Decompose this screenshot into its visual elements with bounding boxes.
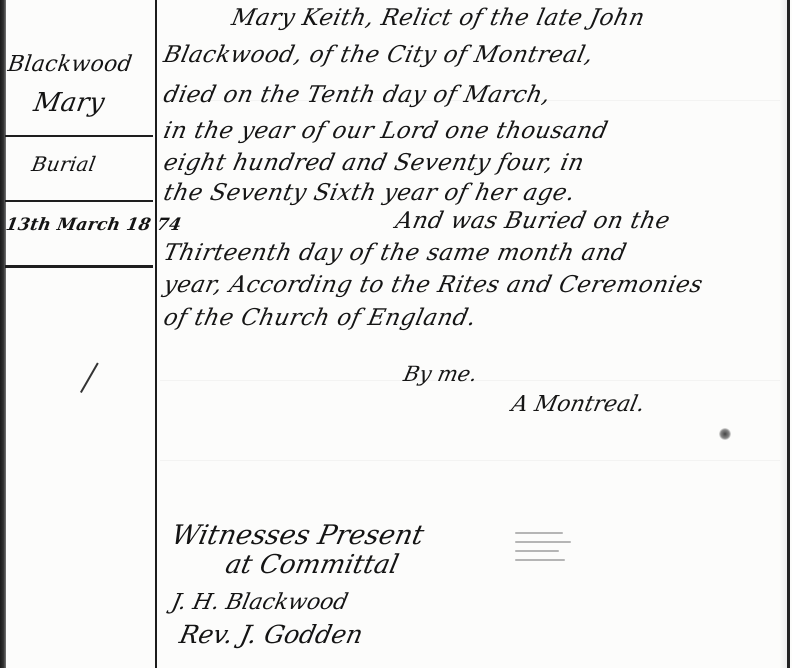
margin-date: 13th March 18 74 bbox=[4, 215, 183, 235]
page-binding-edge bbox=[0, 0, 6, 668]
body-line: the Seventy Sixth year of her age. bbox=[161, 180, 577, 206]
margin-surname: Blackwood bbox=[6, 52, 134, 77]
ink-blot-icon bbox=[719, 428, 731, 440]
witnesses-subheading: at Committal bbox=[223, 550, 401, 580]
body-line: of the Church of England. bbox=[161, 305, 478, 331]
scribble-mark-icon bbox=[515, 532, 575, 576]
body-line: eight hundred and Seventy four, in bbox=[161, 150, 586, 176]
body-line: in the year of our Lord one thousand bbox=[161, 118, 610, 144]
body-line: And was Buried on the bbox=[393, 208, 672, 234]
margin-rule bbox=[5, 265, 153, 268]
body-line: Thirteenth day of the same month and bbox=[161, 240, 629, 266]
margin-rule bbox=[5, 200, 153, 202]
page-right-border bbox=[787, 0, 790, 668]
tick-mark-icon bbox=[80, 363, 99, 393]
witnesses-heading: Witnesses Present bbox=[169, 520, 427, 551]
witness-name: Rev. J. Godden bbox=[177, 620, 366, 649]
body-line: died on the Tenth day of March, bbox=[161, 82, 553, 108]
register-page: Blackwood Mary Burial 13th March 18 74 M… bbox=[0, 0, 792, 668]
margin-rule bbox=[5, 135, 153, 137]
faint-ruling bbox=[160, 460, 780, 461]
page-shadow bbox=[779, 0, 787, 668]
signature-officiant: A Montreal. bbox=[509, 392, 647, 417]
body-line: Blackwood, of the City of Montreal, bbox=[161, 42, 595, 68]
body-line: Mary Keith, Relict of the late John bbox=[229, 5, 647, 31]
witness-name: J. H. Blackwood bbox=[169, 590, 350, 615]
margin-given-name: Mary bbox=[31, 88, 107, 118]
signature-by-label: By me. bbox=[401, 362, 479, 386]
body-line: year, According to the Rites and Ceremon… bbox=[161, 272, 705, 298]
margin-entry-type: Burial bbox=[30, 152, 98, 176]
column-divider bbox=[155, 0, 157, 668]
